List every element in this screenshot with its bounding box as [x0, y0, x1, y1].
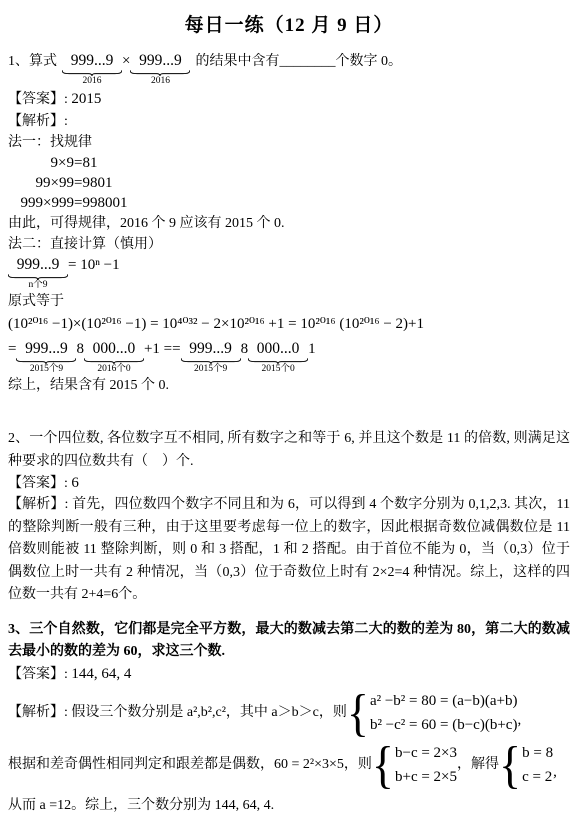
- equation-system: { b = 8 c = 2: [499, 741, 553, 789]
- system-row: a² −b² = 80 = (a−b)(a+b): [370, 689, 518, 713]
- eq-lhs: 9×9: [8, 153, 74, 173]
- p1-underbrace-n: 999...9 n个9: [8, 255, 68, 291]
- p2-answer-line: 【答案】: 6: [8, 473, 570, 494]
- answer-value: 2015: [71, 91, 101, 107]
- p1-method1: 法一：找规律: [8, 132, 570, 153]
- p1-result-equation: = 999...9 2015个9 8 000...0 2016个0 +1 == …: [8, 339, 570, 375]
- eq-lhs: 99×99: [8, 173, 74, 193]
- repdigits: 999...9: [71, 51, 114, 70]
- system-rows: a² −b² = 80 = (a−b)(a+b) b² −c² = 60 = (…: [370, 689, 518, 737]
- section-gap: [8, 396, 570, 428]
- system-row: b = 8: [522, 741, 553, 765]
- eq-rhs: =81: [74, 153, 97, 173]
- repdigits: 000...0: [93, 339, 136, 358]
- times-sign: ×: [122, 53, 130, 70]
- section-gap: [8, 607, 570, 619]
- answer-value: 6: [71, 475, 79, 491]
- underbrace-label: 2016: [83, 76, 102, 87]
- digit: 8: [76, 341, 84, 358]
- equation-row: 99×99=9801: [8, 173, 570, 193]
- eq-rhs: =998001: [74, 193, 127, 213]
- analysis-segment: 根据和差奇偶性相同判定和跟差都是偶数，60 = 2²×3×5，则: [8, 754, 372, 776]
- page-title: 每日一练（12 月 9 日）: [8, 10, 570, 37]
- left-brace-icon: {: [372, 739, 394, 791]
- system-row: c = 2: [522, 765, 553, 789]
- digit: 1: [308, 341, 316, 358]
- p3-final-line: 从而 a =12。综上，三个数分别为 144, 64, 4.: [8, 795, 570, 816]
- system-rows: b−c = 2×3 b+c = 2×5: [395, 741, 457, 789]
- p3-analysis-row2: 根据和差奇偶性相同判定和跟差都是偶数，60 = 2²×3×5，则 { b−c =…: [8, 741, 570, 789]
- comma: ,: [553, 761, 557, 789]
- analysis-segment: 【解析】: 假设三个数分别是 a²,b²,c²，其中 a＞b＞c，则: [8, 702, 347, 724]
- left-brace-icon: {: [499, 739, 521, 791]
- p1-stem-pre: 1、算式: [8, 51, 57, 72]
- underbrace-2015-9s: 999...9 2015个9: [181, 339, 241, 375]
- equation-row: 999×999=998001: [8, 193, 570, 213]
- p1-orig-label: 原式等于: [8, 291, 570, 312]
- long-equation: (10²⁰¹⁶ −1)×(10²⁰¹⁶ −1) = 10⁴⁰³² − 2×10²…: [8, 316, 424, 332]
- p1-pattern-equations: 9×9=81 99×99=9801 999×999=998001: [8, 153, 570, 213]
- underbrace-label: 2016: [151, 76, 170, 87]
- p3-answer-line: 【答案】: 144, 64, 4: [8, 664, 570, 685]
- underbrace-2015-0s: 000...0 2015个0: [248, 339, 308, 375]
- p1-conclusion1: 由此，可得规律，2016 个 9 应该有 2015 个 0.: [8, 213, 570, 234]
- underbrace-2015-9s: 999...9 2015个9: [16, 339, 76, 375]
- equation-row: 9×9=81: [8, 153, 570, 173]
- system-row: b+c = 2×5: [395, 765, 457, 789]
- p1-long-equation: (10²⁰¹⁶ −1)×(10²⁰¹⁶ −1) = 10⁴⁰³² − 2×10²…: [8, 312, 570, 337]
- repdigits: 999...9: [25, 339, 68, 358]
- analysis-segment: ，解得: [457, 754, 499, 776]
- p1-conclusion2: 综上，结果含有 2015 个 0.: [8, 375, 570, 396]
- analysis-text: 首先，四位数四个数字不同且和为 6，可以得到 4 个数字分别为 0,1,2,3.…: [8, 497, 570, 602]
- p1-stem: 1、算式 999...9 2016 × 999...9 2016 的结果中含有_…: [8, 51, 570, 87]
- equation-system: { b−c = 2×3 b+c = 2×5: [372, 741, 457, 789]
- system-row: b² −c² = 60 = (b−c)(b+c): [370, 713, 518, 737]
- p1-stem-post: 的结果中含有________个数字 0。: [195, 51, 402, 72]
- answer-label: 【答案】:: [8, 92, 68, 107]
- repdigits: 999...9: [189, 339, 232, 358]
- eq-lhs: 999×999: [8, 193, 74, 213]
- p1-underbrace-a: 999...9 2016: [62, 51, 122, 87]
- p1-underbrace-b: 999...9 2016: [130, 51, 190, 87]
- p1-method2: 法二：直接计算（慎用）: [8, 234, 570, 255]
- eq-rhs: = 10ⁿ −1: [68, 257, 120, 274]
- p3-stem: 3、三个自然数，它们都是完全平方数，最大的数减去第二大的数的差为 80，第二大的…: [8, 619, 570, 664]
- analysis-label: 【解析】:: [8, 497, 68, 512]
- worksheet-page: 每日一练（12 月 9 日） 1、算式 999...9 2016 × 999..…: [0, 0, 580, 816]
- underbrace-label: 2015个9: [194, 364, 227, 375]
- system-row: b−c = 2×3: [395, 741, 457, 765]
- digit: 8: [241, 341, 249, 358]
- repdigits: 000...0: [257, 339, 300, 358]
- p2-analysis: 【解析】: 首先，四位数四个数字不同且和为 6，可以得到 4 个数字分别为 0,…: [8, 494, 570, 607]
- system-rows: b = 8 c = 2: [522, 741, 553, 789]
- repdigits: 999...9: [17, 255, 60, 274]
- underbrace-label: 2016个0: [97, 364, 130, 375]
- p2-stem: 2、一个四位数, 各位数字互不相同, 所有数字之和等于 6, 并且这个数是 11…: [8, 428, 570, 473]
- plus-one-equals: +1 ==: [144, 341, 181, 358]
- equation-system: { a² −b² = 80 = (a−b)(a+b) b² −c² = 60 =…: [347, 689, 518, 737]
- p1-analysis-label: 【解析】:: [8, 111, 570, 132]
- answer-label: 【答案】:: [8, 476, 68, 491]
- underbrace-2016-0s: 000...0 2016个0: [84, 339, 144, 375]
- eq-rhs: =9801: [74, 173, 112, 193]
- equals-sign: =: [8, 341, 16, 358]
- underbrace-label: 2015个9: [30, 364, 63, 375]
- comma: ,: [517, 709, 521, 737]
- p1-answer-line: 【答案】: 2015: [8, 89, 570, 110]
- p3-analysis-row1: 【解析】: 假设三个数分别是 a²,b²,c²，其中 a＞b＞c，则 { a² …: [8, 689, 570, 737]
- answer-value: 144, 64, 4: [71, 666, 131, 682]
- underbrace-label: 2015个0: [261, 364, 294, 375]
- repdigits: 999...9: [139, 51, 182, 70]
- answer-label: 【答案】:: [8, 667, 68, 682]
- underbrace-label: n个9: [28, 280, 47, 291]
- left-brace-icon: {: [347, 687, 369, 739]
- p1-n-identity: 999...9 n个9 = 10ⁿ −1: [8, 255, 570, 291]
